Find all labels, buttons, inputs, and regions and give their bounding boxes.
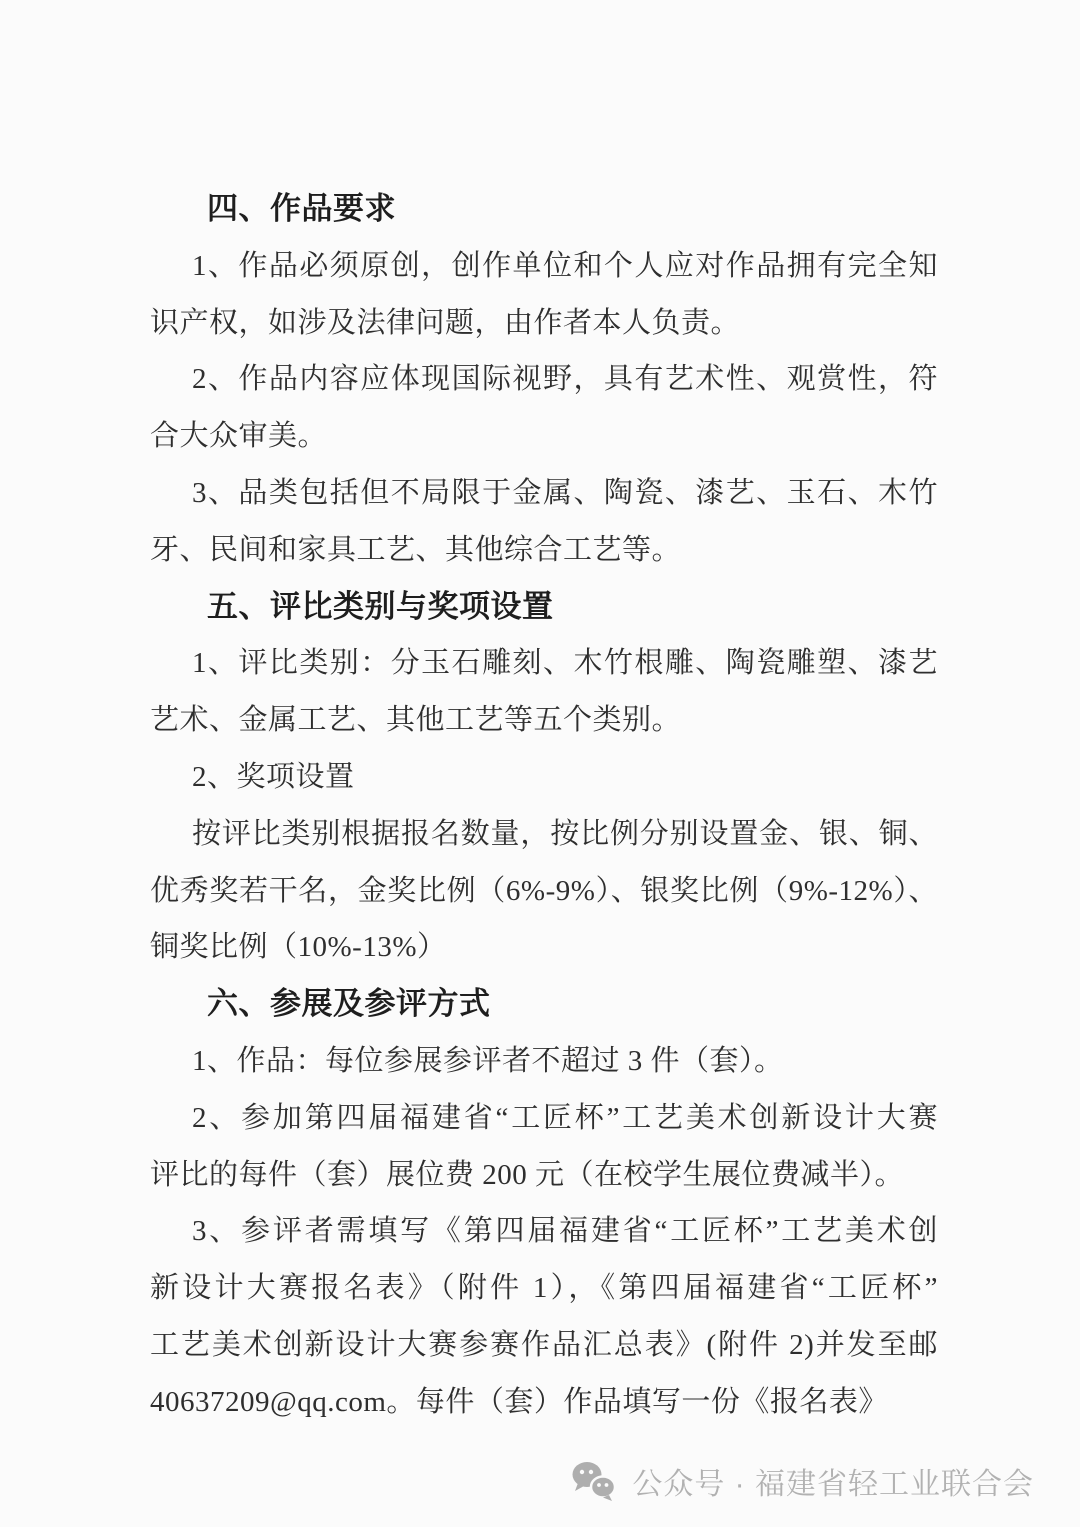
section-heading: 五、评比类别与奖项设置 — [150, 579, 938, 636]
paragraph-line: 按评比类别根据报名数量，按比例分别设置金、银、铜、 — [150, 806, 938, 863]
paragraph-line: 1、作品必须原创，创作单位和个人应对作品拥有完全知 — [150, 238, 938, 295]
paragraph-line: 3、参评者需填写《第四届福建省“工匠杯”工艺美术创 — [150, 1203, 938, 1260]
section-heading: 四、作品要求 — [150, 181, 938, 238]
paragraph-line: 评比的每件（套）展位费 200 元（在校学生展位费减半）。 — [150, 1147, 938, 1204]
paragraph-line: 工艺美术创新设计大赛参赛作品汇总表》(附件 2)并发至邮箱： — [150, 1317, 938, 1374]
paragraph-line: 2、参加第四届福建省“工匠杯”工艺美术创新设计大赛 — [150, 1090, 938, 1147]
paragraph-line: 40637209@qq.com。每件（套）作品填写一份《报名表》 — [150, 1374, 938, 1431]
paragraph-line: 牙、民间和家具工艺、其他综合工艺等。 — [150, 522, 938, 579]
wechat-icon — [570, 1460, 618, 1502]
paragraph-line: 合大众审美。 — [150, 408, 938, 465]
paragraph-line: 新设计大赛报名表》（附件 1），《第四届福建省“工匠杯” — [150, 1260, 938, 1317]
paragraph-line: 1、作品：每位参展参评者不超过 3 件（套）。 — [150, 1033, 938, 1090]
paragraph-line: 艺术、金属工艺、其他工艺等五个类别。 — [150, 692, 938, 749]
paragraph-line: 1、评比类别：分玉石雕刻、木竹根雕、陶瓷雕塑、漆艺 — [150, 635, 938, 692]
paragraph-line: 2、奖项设置 — [150, 749, 938, 806]
paragraph-line: 优秀奖若干名，金奖比例（6%-9%）、银奖比例（9%-12%）、 — [150, 863, 938, 920]
paragraph-line: 2、作品内容应体现国际视野，具有艺术性、观赏性，符 — [150, 351, 938, 408]
document-page: 四、作品要求 1、作品必须原创，创作单位和个人应对作品拥有完全知 识产权，如涉及… — [0, 0, 1080, 1527]
wechat-watermark: 公众号 · 福建省轻工业联合会 — [570, 1459, 1034, 1503]
section-heading: 六、参展及参评方式 — [150, 976, 938, 1033]
paragraph-line: 3、品类包括但不局限于金属、陶瓷、漆艺、玉石、木竹 — [150, 465, 938, 522]
document-content: 四、作品要求 1、作品必须原创，创作单位和个人应对作品拥有完全知 识产权，如涉及… — [150, 181, 938, 1431]
paragraph-line: 识产权，如涉及法律问题，由作者本人负责。 — [150, 295, 938, 352]
paragraph-line: 铜奖比例（10%-13%） — [150, 919, 938, 976]
watermark-label: 公众号 · 福建省轻工业联合会 — [632, 1459, 1034, 1503]
